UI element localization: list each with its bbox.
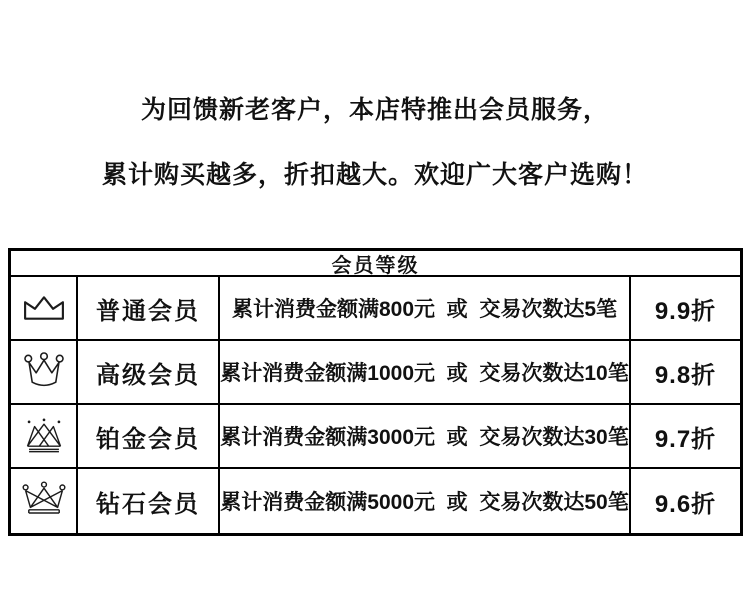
crown-simple-icon [21, 293, 67, 323]
tier-condition: 累计消费金额满1000元 或 交易次数达10笔 [220, 341, 631, 403]
table-row: 高级会员 累计消费金额满1000元 或 交易次数达10笔 9.8折 [11, 341, 740, 405]
membership-tier-table: 会员等级 普通会员 累计消费金额满800元 或 交易次数达5笔 9.9折 [8, 248, 743, 536]
icon-cell [11, 469, 78, 533]
crown-ball-tips-icon [22, 352, 66, 392]
icon-cell [11, 277, 78, 339]
crown-royal-icon [20, 481, 68, 521]
table-row: 普通会员 累计消费金额满800元 或 交易次数达5笔 9.9折 [11, 277, 740, 341]
crown-triangle-icon [22, 417, 66, 455]
tier-condition: 累计消费金额满5000元 或 交易次数达50笔 [220, 469, 631, 533]
tier-name: 高级会员 [78, 341, 220, 403]
icon-cell [11, 341, 78, 403]
table-row: 铂金会员 累计消费金额满3000元 或 交易次数达30笔 9.7折 [11, 405, 740, 469]
tier-discount: 9.9折 [631, 277, 740, 339]
tier-condition: 累计消费金额满3000元 或 交易次数达30笔 [220, 405, 631, 467]
tier-discount: 9.7折 [631, 405, 740, 467]
tier-discount: 9.8折 [631, 341, 740, 403]
tier-discount: 9.6折 [631, 469, 740, 533]
promo-intro-line1: 为回馈新老客户，本店特推出会员服务， [0, 90, 750, 126]
promo-intro: 为回馈新老客户，本店特推出会员服务， 累计购买越多，折扣越大。欢迎广大客户选购！ [0, 90, 750, 191]
tier-name: 普通会员 [78, 277, 220, 339]
tier-condition: 累计消费金额满800元 或 交易次数达5笔 [220, 277, 631, 339]
icon-cell [11, 405, 78, 467]
promo-intro-line2: 累计购买越多，折扣越大。欢迎广大客户选购！ [0, 155, 750, 191]
tier-name: 铂金会员 [78, 405, 220, 467]
membership-promo-page: 为回馈新老客户，本店特推出会员服务， 累计购买越多，折扣越大。欢迎广大客户选购！… [0, 0, 750, 600]
table-row: 钻石会员 累计消费金额满5000元 或 交易次数达50笔 9.6折 [11, 469, 740, 533]
tier-name: 钻石会员 [78, 469, 220, 533]
table-title: 会员等级 [11, 251, 740, 277]
